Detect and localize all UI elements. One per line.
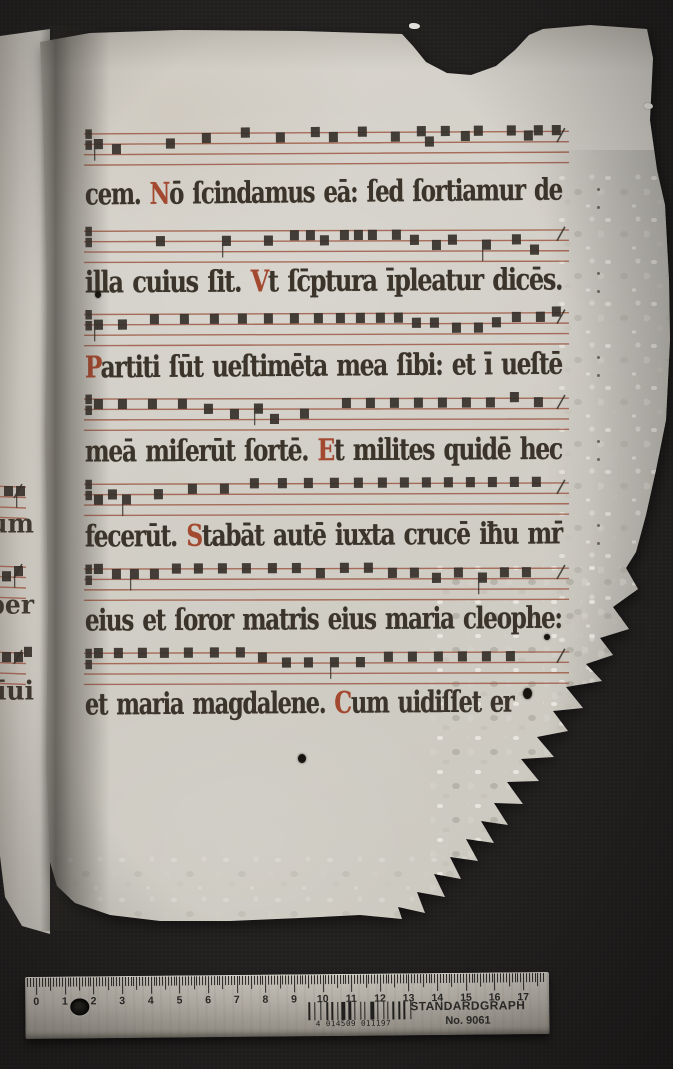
photo-scene: umſuperdīui cem. Nō ſcindamus eā: ſed ſo… <box>0 0 673 1069</box>
photo-vignette <box>0 0 673 1069</box>
